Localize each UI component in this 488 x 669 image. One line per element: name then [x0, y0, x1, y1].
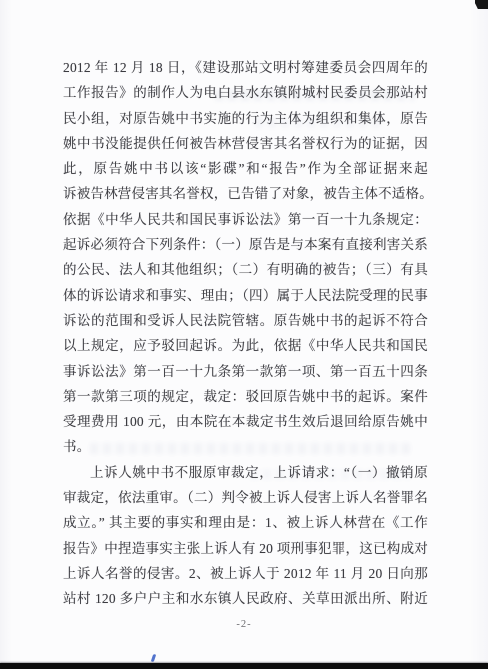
text-line: 体的诉讼请求和事实、理由；（四）属于人民法院受理的民事 — [63, 283, 428, 308]
text-line: 上诉人名誉的侵害。2、被上诉人于 2012 年 11 月 20 日向那 — [63, 561, 428, 586]
text-line: 第一款第三项的规定，裁定：驳回原告姚中书的起诉。案件 — [63, 384, 428, 409]
text-block: 2012 年 12 月 18 日，《建设那站文明村筹建委员会四周年的工作报告》的… — [63, 55, 428, 612]
text-line: 以上规定，应予驳回起诉。为此，依据《中华人民共和国民 — [63, 333, 428, 358]
text-line: 姚中书没能提供任何被告林营侵害其名誉权行为的证据，因 — [63, 131, 428, 156]
scan-corner-artifact — [475, 0, 488, 9]
text-line: 此，原告姚中书以该“影碟”和“报告”作为全部证据来起 — [63, 156, 428, 181]
text-line: 的公民、法人和其他组织；（二）有明确的被告；（三）有具 — [63, 257, 428, 282]
text-line: 书。 — [63, 434, 428, 459]
text-line: 站村 120 多户户主和水东镇人民政府、关草田派出所、附近 — [63, 586, 428, 611]
text-line: 依据《中华人民共和国民事诉讼法》第一百一十九条规定： — [63, 207, 428, 232]
text-line: 诉被告林营侵害其名誉权，已告错了对象，被告主体不适格。 — [63, 181, 428, 206]
document-page: 2012 年 12 月 18 日，《建设那站文明村筹建委员会四周年的工作报告》的… — [0, 0, 488, 669]
scan-edge-bar — [0, 663, 488, 669]
text-line: 报告》中捏造事实主张上诉人有 20 项刑事犯罪，这已构成对 — [63, 536, 428, 561]
text-line: 事诉讼法》第一百一十九条第一款第一项、第一百五十四条 — [63, 359, 428, 384]
text-line: 工作报告》的制作人为电白县水东镇附城村民委员会那站村 — [63, 80, 428, 105]
text-line: 诉讼的范围和受诉人民法院管辖。原告姚中书的起诉不符合 — [63, 308, 428, 333]
text-line: 民小组，对原告姚中书实施的行为主体为组织和集体，原告 — [63, 106, 428, 131]
text-line: 成立。” 其主要的事实和理由是：1、被上诉人林营在《工作 — [63, 510, 428, 535]
text-line: 起诉必须符合下列条件：（一）原告是与本案有直接利害关系 — [63, 232, 428, 257]
text-line: 受理费用 100 元，由本院在本裁定书生效后退回给原告姚中 — [63, 409, 428, 434]
pen-mark-artifact — [151, 654, 156, 663]
page-number: -2- — [0, 619, 488, 630]
text-line: 上诉人姚中书不服原审裁定，上诉请求：“（一）撤销原 — [63, 460, 428, 485]
text-line: 2012 年 12 月 18 日，《建设那站文明村筹建委员会四周年的 — [63, 55, 428, 80]
text-line: 审裁定，依法重审。（二）判令被上诉人侵害上诉人名誉罪名 — [63, 485, 428, 510]
